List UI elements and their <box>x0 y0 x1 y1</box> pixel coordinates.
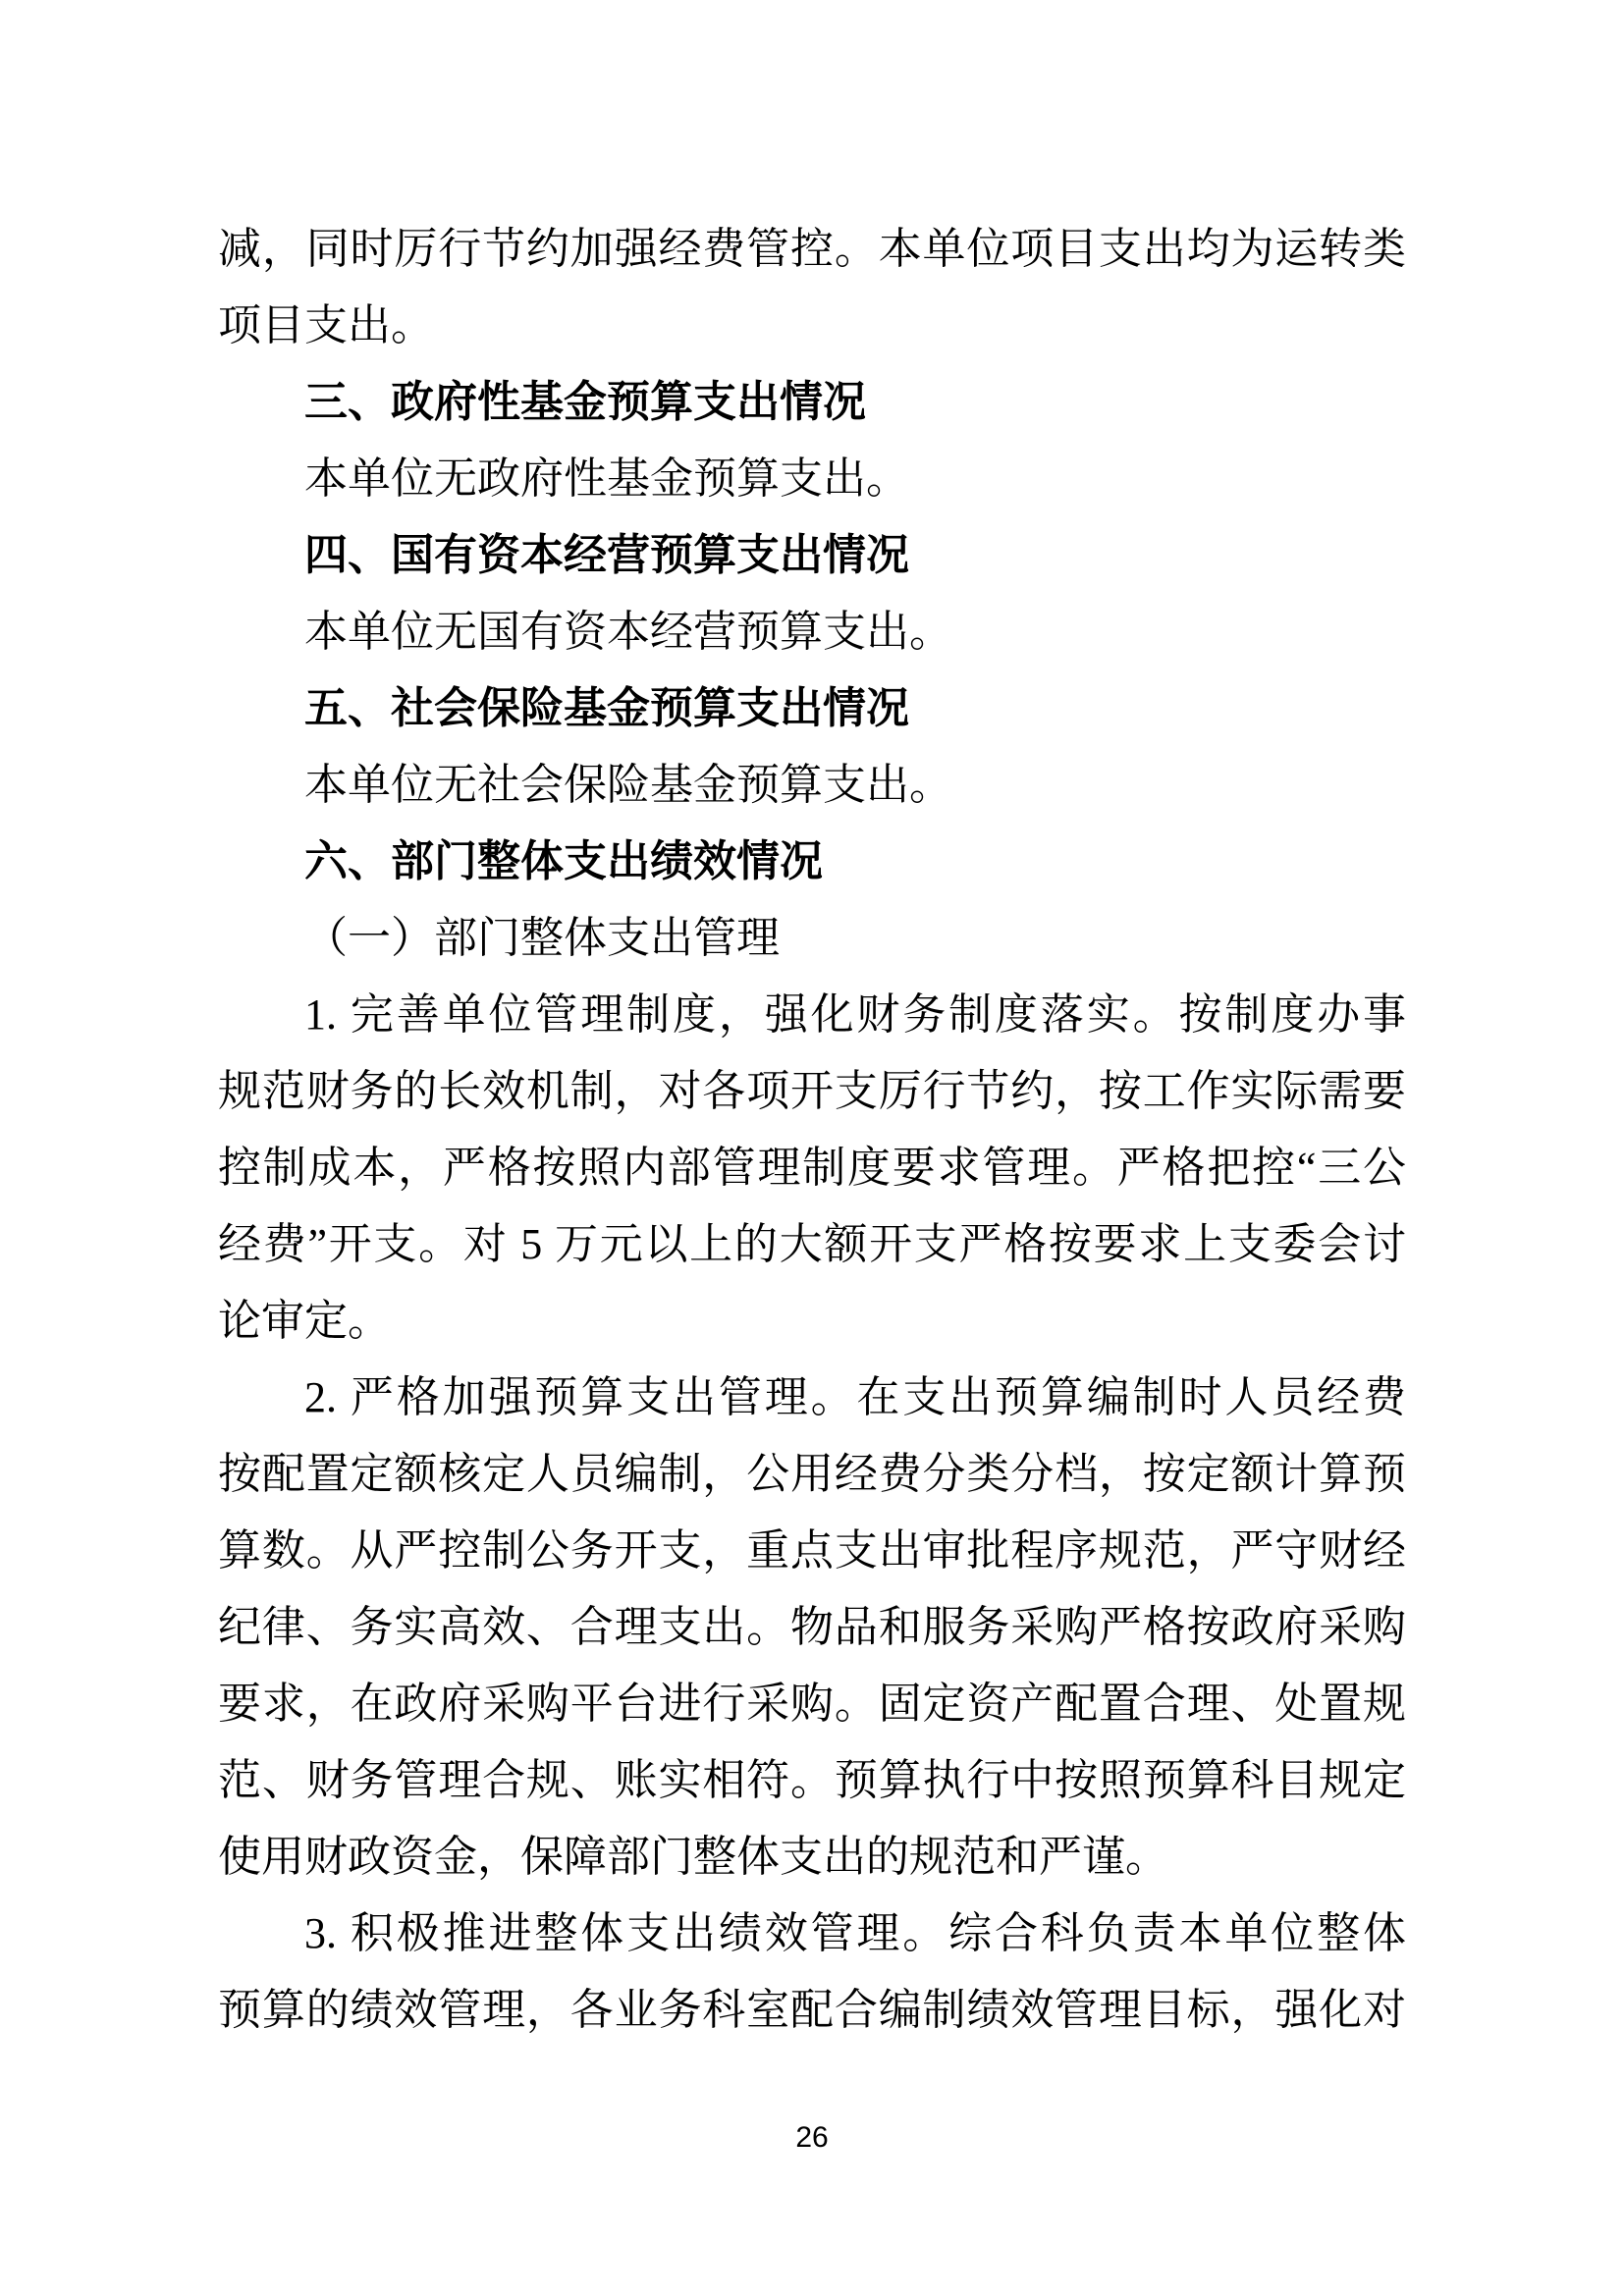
section-heading-3: 三、政府性基金预算支出情况 <box>218 364 1406 441</box>
text-line-6: 本单位无国有资本经营预算支出。 <box>218 594 1406 670</box>
text-line-22: 使用财政资金，保障部门整体支出的规范和严谨。 <box>218 1819 1406 1896</box>
document-body: 减，同时厉行节约加强经费管控。本单位项目支出均为运转类 项目支出。 三、政府性基… <box>218 211 1406 2049</box>
text-line-21: 范、财务管理合规、账实相符。预算执行中按照预算科目规定 <box>218 1742 1406 1819</box>
document-page: 减，同时厉行节约加强经费管控。本单位项目支出均为运转类 项目支出。 三、政府性基… <box>0 0 1624 2296</box>
text-line-16: 2. 严格加强预算支出管理。在支出预算编制时人员经费 <box>218 1360 1406 1436</box>
section-heading-5: 五、社会保险基金预算支出情况 <box>218 670 1406 747</box>
text-line-8: 本单位无社会保险基金预算支出。 <box>218 747 1406 824</box>
section-heading-6: 六、部门整体支出绩效情况 <box>218 824 1406 900</box>
text-line-13: 控制成本，严格按照内部管理制度要求管理。严格把控“三公 <box>218 1130 1406 1206</box>
page-number: 26 <box>0 2118 1624 2158</box>
text-line-4: 本单位无政府性基金预算支出。 <box>218 441 1406 517</box>
text-line-2: 项目支出。 <box>218 288 1406 364</box>
subsection-heading: （一）部门整体支出管理 <box>218 900 1406 977</box>
text-line-23: 3. 积极推进整体支出绩效管理。综合科负责本单位整体 <box>218 1896 1406 1972</box>
text-line-1: 减，同时厉行节约加强经费管控。本单位项目支出均为运转类 <box>218 211 1406 288</box>
text-line-15: 论审定。 <box>218 1283 1406 1360</box>
text-line-17: 按配置定额核定人员编制，公用经费分类分档，按定额计算预 <box>218 1436 1406 1513</box>
text-line-19: 纪律、务实高效、合理支出。物品和服务采购严格按政府采购 <box>218 1589 1406 1666</box>
text-line-20: 要求，在政府采购平台进行采购。固定资产配置合理、处置规 <box>218 1666 1406 1742</box>
text-line-18: 算数。从严控制公务开支，重点支出审批程序规范，严守财经 <box>218 1513 1406 1589</box>
text-line-12: 规范财务的长效机制，对各项开支厉行节约，按工作实际需要 <box>218 1053 1406 1130</box>
text-line-14: 经费”开支。对 5 万元以上的大额开支严格按要求上支委会讨 <box>218 1206 1406 1283</box>
section-heading-4: 四、国有资本经营预算支出情况 <box>218 517 1406 594</box>
text-line-11: 1. 完善单位管理制度，强化财务制度落实。按制度办事 <box>218 977 1406 1053</box>
text-line-24: 预算的绩效管理，各业务科室配合编制绩效管理目标，强化对 <box>218 1972 1406 2049</box>
